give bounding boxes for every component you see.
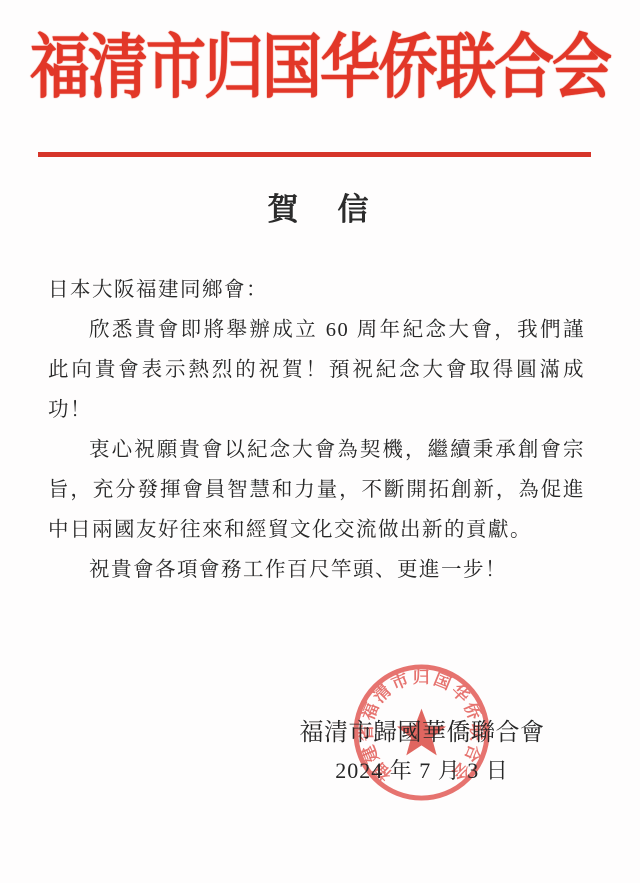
letter-body: 日本大阪福建同鄉會： 欣悉貴會即將舉辦成立 60 周年紀念大會，我們謹此向貴會表… (48, 270, 585, 590)
letter-title: 賀 信 (0, 184, 640, 229)
letterhead-org-title: 福清市归国华侨联合会 (0, 32, 640, 105)
paragraph-3: 祝貴會各項會務工作百尺竿頭、更進一步！ (48, 550, 585, 590)
signature-org-name: 福清市歸國華僑聯合會 (282, 712, 562, 747)
paragraph-2: 衷心祝願貴會以紀念大會為契機，繼續秉承創會宗旨，充分發揮會員智慧和力量，不斷開拓… (48, 430, 585, 550)
paragraph-1: 欣悉貴會即將舉辦成立 60 周年紀念大會，我們謹此向貴會表示熱烈的祝賀！預祝紀念… (48, 310, 585, 430)
signature-date: 2024 年 7 月 3 日 (282, 754, 562, 785)
salutation: 日本大阪福建同鄉會： (48, 270, 585, 310)
letter-document-page: 福清市归国华侨联合会 賀 信 日本大阪福建同鄉會： 欣悉貴會即將舉辦成立 60 … (0, 0, 640, 883)
letterhead-divider-line (38, 152, 591, 157)
